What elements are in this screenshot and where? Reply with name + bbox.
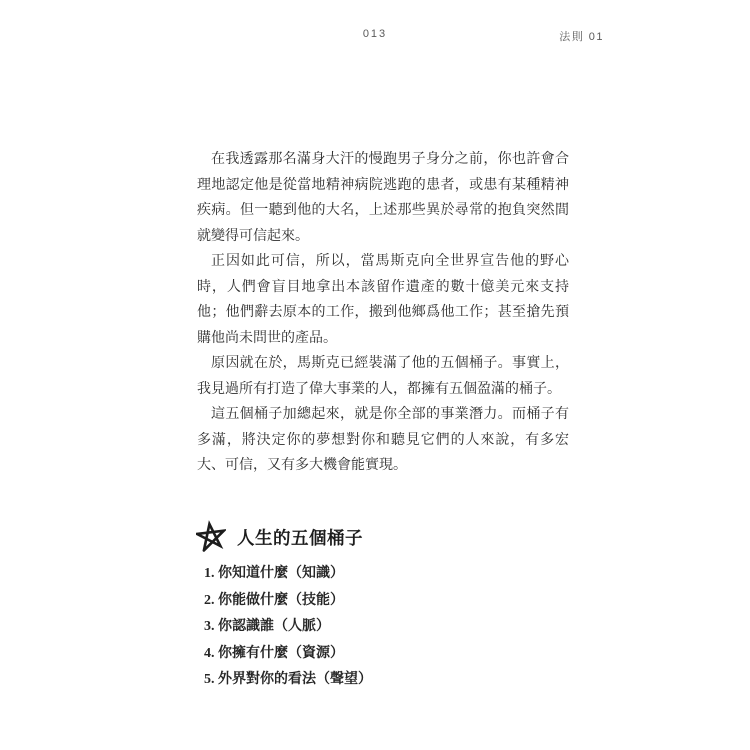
page-number: 013: [340, 28, 410, 40]
book-page: 013 法則 01 在我透露那名滿身大汗的慢跑男子身分之前，你也許會合理地認定他…: [0, 0, 750, 750]
star-icon: [196, 520, 226, 552]
list-item-4: 4. 你擁有什麼（資源）: [204, 641, 372, 668]
body-paragraph-3: 原因就在於，馬斯克已經裝滿了他的五個桶子。事實上，我見過所有打造了偉大事業的人，…: [197, 351, 569, 402]
list-item-1: 1. 你知道什麼（知識）: [204, 561, 372, 588]
list-item-2: 2. 你能做什麼（技能）: [204, 588, 372, 615]
section-heading: 人生的五個桶子: [196, 520, 363, 552]
body-text: 在我透露那名滿身大汗的慢跑男子身分之前，你也許會合理地認定他是從當地精神病院逃跑…: [197, 147, 569, 479]
list-item-3: 3. 你認識誰（人脈）: [204, 614, 372, 641]
body-paragraph-4: 這五個桶子加總起來，就是你全部的事業潛力。而桶子有多滿，將決定你的夢想對你和聽見…: [197, 402, 569, 479]
list-item-5: 5. 外界對你的看法（聲望）: [204, 667, 372, 694]
section-title: 人生的五個桶子: [237, 523, 363, 550]
bucket-list: 1. 你知道什麼（知識） 2. 你能做什麼（技能） 3. 你認識誰（人脈） 4.…: [204, 561, 372, 694]
body-paragraph-1: 在我透露那名滿身大汗的慢跑男子身分之前，你也許會合理地認定他是從當地精神病院逃跑…: [197, 147, 569, 249]
body-paragraph-2: 正因如此可信，所以，當馬斯克向全世界宣告他的野心時，人們會盲目地拿出本該留作遺產…: [197, 249, 569, 351]
chapter-label: 法則 01: [559, 28, 604, 44]
